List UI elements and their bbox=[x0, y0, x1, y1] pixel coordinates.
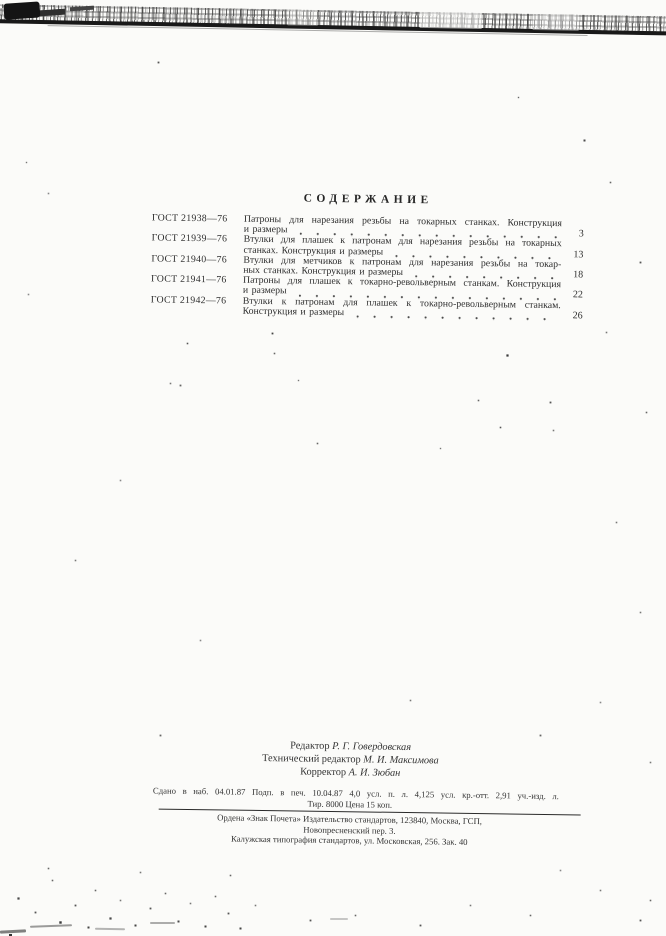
scan-smudge bbox=[0, 929, 26, 933]
gost-number: ГОСТ 21938—76 bbox=[152, 213, 244, 224]
scan-speckle-noise-bottom bbox=[0, 0, 1, 1]
toc-entry-line2-text: Конструкция и размеры bbox=[243, 307, 345, 319]
dot-leader bbox=[356, 309, 559, 321]
page-number: 26 bbox=[565, 311, 583, 321]
credit-role: Редактор bbox=[290, 740, 330, 752]
page-content: СОДЕРЖАНИЕ ГОСТ 21938—76 Патроны для нар… bbox=[0, 0, 666, 936]
page-number: 18 bbox=[565, 270, 583, 280]
credit-person: М. И. Максимова bbox=[363, 755, 438, 767]
scan-smudge bbox=[150, 922, 175, 924]
gost-number: ГОСТ 21940—76 bbox=[151, 254, 243, 265]
credit-role: Корректор bbox=[300, 767, 346, 779]
page-number: 13 bbox=[565, 250, 583, 260]
page-number: 22 bbox=[565, 291, 583, 301]
credit-role: Технический редактор bbox=[262, 753, 361, 765]
gost-number: ГОСТ 21942—76 bbox=[151, 295, 243, 306]
imprint-block: Сдано в наб. 04.01.87 Подп. в печ. 10.04… bbox=[128, 785, 571, 849]
scanned-gost-contents-page: { "title": "СОДЕРЖАНИЕ", "toc": { "entri… bbox=[0, 0, 666, 936]
page-title: СОДЕРЖАНИЕ bbox=[152, 190, 584, 208]
page-number: 3 bbox=[566, 229, 584, 239]
toc-entry: ГОСТ 21942—76 Втулки к патронам для плаш… bbox=[151, 295, 583, 321]
toc-entry-text: Втулки к патронам для плашек к токарно-р… bbox=[243, 296, 583, 321]
scan-smudge bbox=[330, 918, 348, 920]
table-of-contents: СОДЕРЖАНИЕ ГОСТ 21938—76 Патроны для нар… bbox=[151, 190, 585, 321]
credit-person: Р. Г. Говердовская bbox=[332, 741, 411, 753]
editorial-credits: Редактор Р. Г. Говердовская Технический … bbox=[17, 736, 666, 785]
gost-number: ГОСТ 21941—76 bbox=[151, 275, 243, 286]
credit-person: А. И. Зюбан bbox=[349, 768, 401, 780]
gost-number: ГОСТ 21939—76 bbox=[152, 234, 244, 245]
